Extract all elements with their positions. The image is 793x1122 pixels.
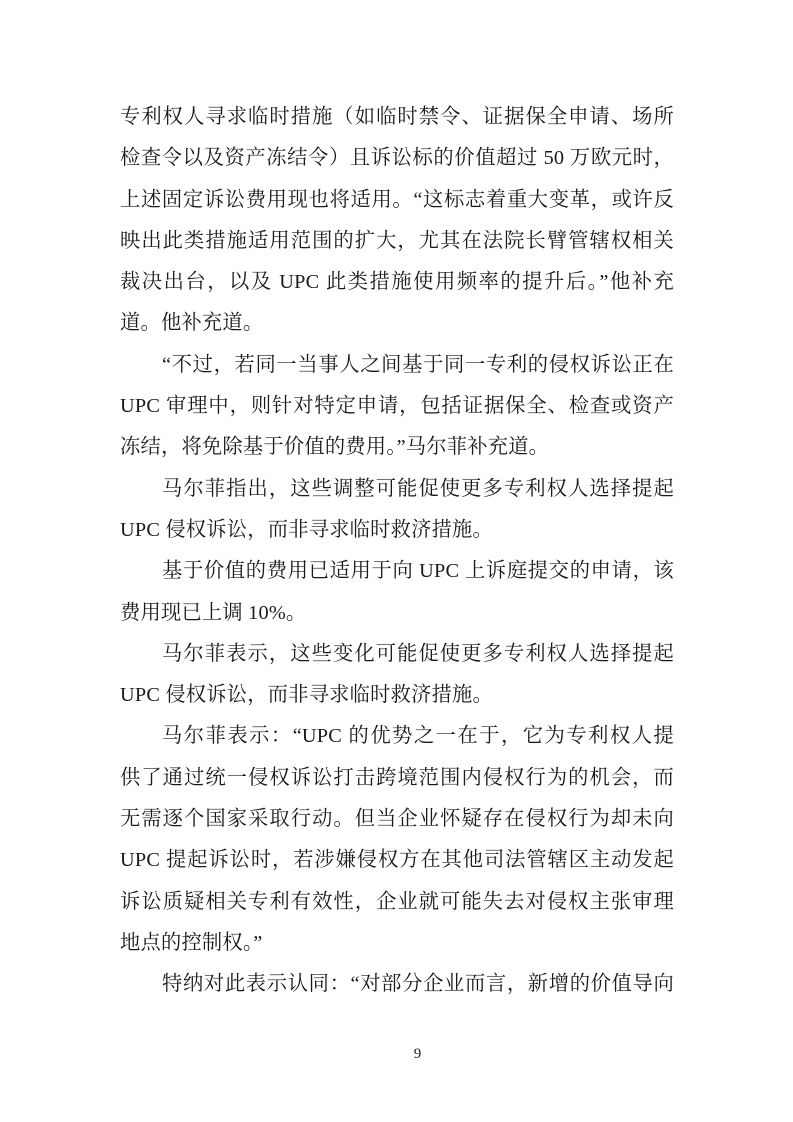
text-line: 特纳对此表示认同：“对部分企业而言，新增的价值导向 <box>120 964 674 1005</box>
text-line: 无需逐个国家采取行动。但当企业怀疑存在侵权行为却未向 <box>120 799 674 840</box>
page-number: 9 <box>42 1043 793 1065</box>
paragraph: 专利权人寻求临时措施（如临时禁令、证据保全申请、场所检查令以及资产冻结令）且诉讼… <box>120 97 674 345</box>
text-line: 地点的控制权。” <box>120 923 674 964</box>
text-line: 裁决出台，以及 UPC 此类措施使用频率的提升后。”他补充 <box>120 262 674 303</box>
text-line: 检查令以及资产冻结令）且诉讼标的价值超过 50 万欧元时， <box>120 138 674 179</box>
paragraph: 马尔菲表示，这些变化可能促使更多专利权人选择提起UPC 侵权诉讼，而非寻求临时救… <box>120 634 674 717</box>
text-line: UPC 提起诉讼时，若涉嫌侵权方在其他司法管辖区主动发起 <box>120 840 674 881</box>
document-body-text: 专利权人寻求临时措施（如临时禁令、证据保全申请、场所检查令以及资产冻结令）且诉讼… <box>120 97 674 1006</box>
text-line: 供了通过统一侵权诉讼打击跨境范围内侵权行为的机会，而 <box>120 758 674 799</box>
paragraph: 基于价值的费用已适用于向 UPC 上诉庭提交的申请，该费用现已上调 10%。 <box>120 551 674 634</box>
document-page: 专利权人寻求临时措施（如临时禁令、证据保全申请、场所检查令以及资产冻结令）且诉讼… <box>0 0 793 1122</box>
paragraph: 马尔菲指出，这些调整可能促使更多专利权人选择提起UPC 侵权诉讼，而非寻求临时救… <box>120 469 674 552</box>
text-line: 马尔菲指出，这些调整可能促使更多专利权人选择提起 <box>120 469 674 510</box>
text-line: 道。他补充道。 <box>120 303 674 344</box>
text-line: 马尔菲表示：“UPC 的优势之一在于，它为专利权人提 <box>120 716 674 757</box>
text-line: 诉讼质疑相关专利有效性，企业就可能失去对侵权主张审理 <box>120 882 674 923</box>
text-line: 专利权人寻求临时措施（如临时禁令、证据保全申请、场所 <box>120 97 674 138</box>
text-line: 基于价值的费用已适用于向 UPC 上诉庭提交的申请，该 <box>120 551 674 592</box>
text-line: 上述固定诉讼费用现也将适用。“这标志着重大变革，或许反 <box>120 180 674 221</box>
text-line: UPC 侵权诉讼，而非寻求临时救济措施。 <box>120 510 674 551</box>
text-line: “不过，若同一当事人之间基于同一专利的侵权诉讼正在 <box>120 345 674 386</box>
text-line: UPC 审理中，则针对特定申请，包括证据保全、检查或资产 <box>120 386 674 427</box>
text-line: 马尔菲表示，这些变化可能促使更多专利权人选择提起 <box>120 634 674 675</box>
text-line: 映出此类措施适用范围的扩大，尤其在法院长臂管辖权相关 <box>120 221 674 262</box>
text-line: UPC 侵权诉讼，而非寻求临时救济措施。 <box>120 675 674 716</box>
text-line: 冻结，将免除基于价值的费用。”马尔菲补充道。 <box>120 427 674 468</box>
paragraph: “不过，若同一当事人之间基于同一专利的侵权诉讼正在UPC 审理中，则针对特定申请… <box>120 345 674 469</box>
text-line: 费用现已上调 10%。 <box>120 593 674 634</box>
paragraph: 特纳对此表示认同：“对部分企业而言，新增的价值导向 <box>120 964 674 1005</box>
paragraph: 马尔菲表示：“UPC 的优势之一在于，它为专利权人提供了通过统一侵权诉讼打击跨境… <box>120 716 674 964</box>
